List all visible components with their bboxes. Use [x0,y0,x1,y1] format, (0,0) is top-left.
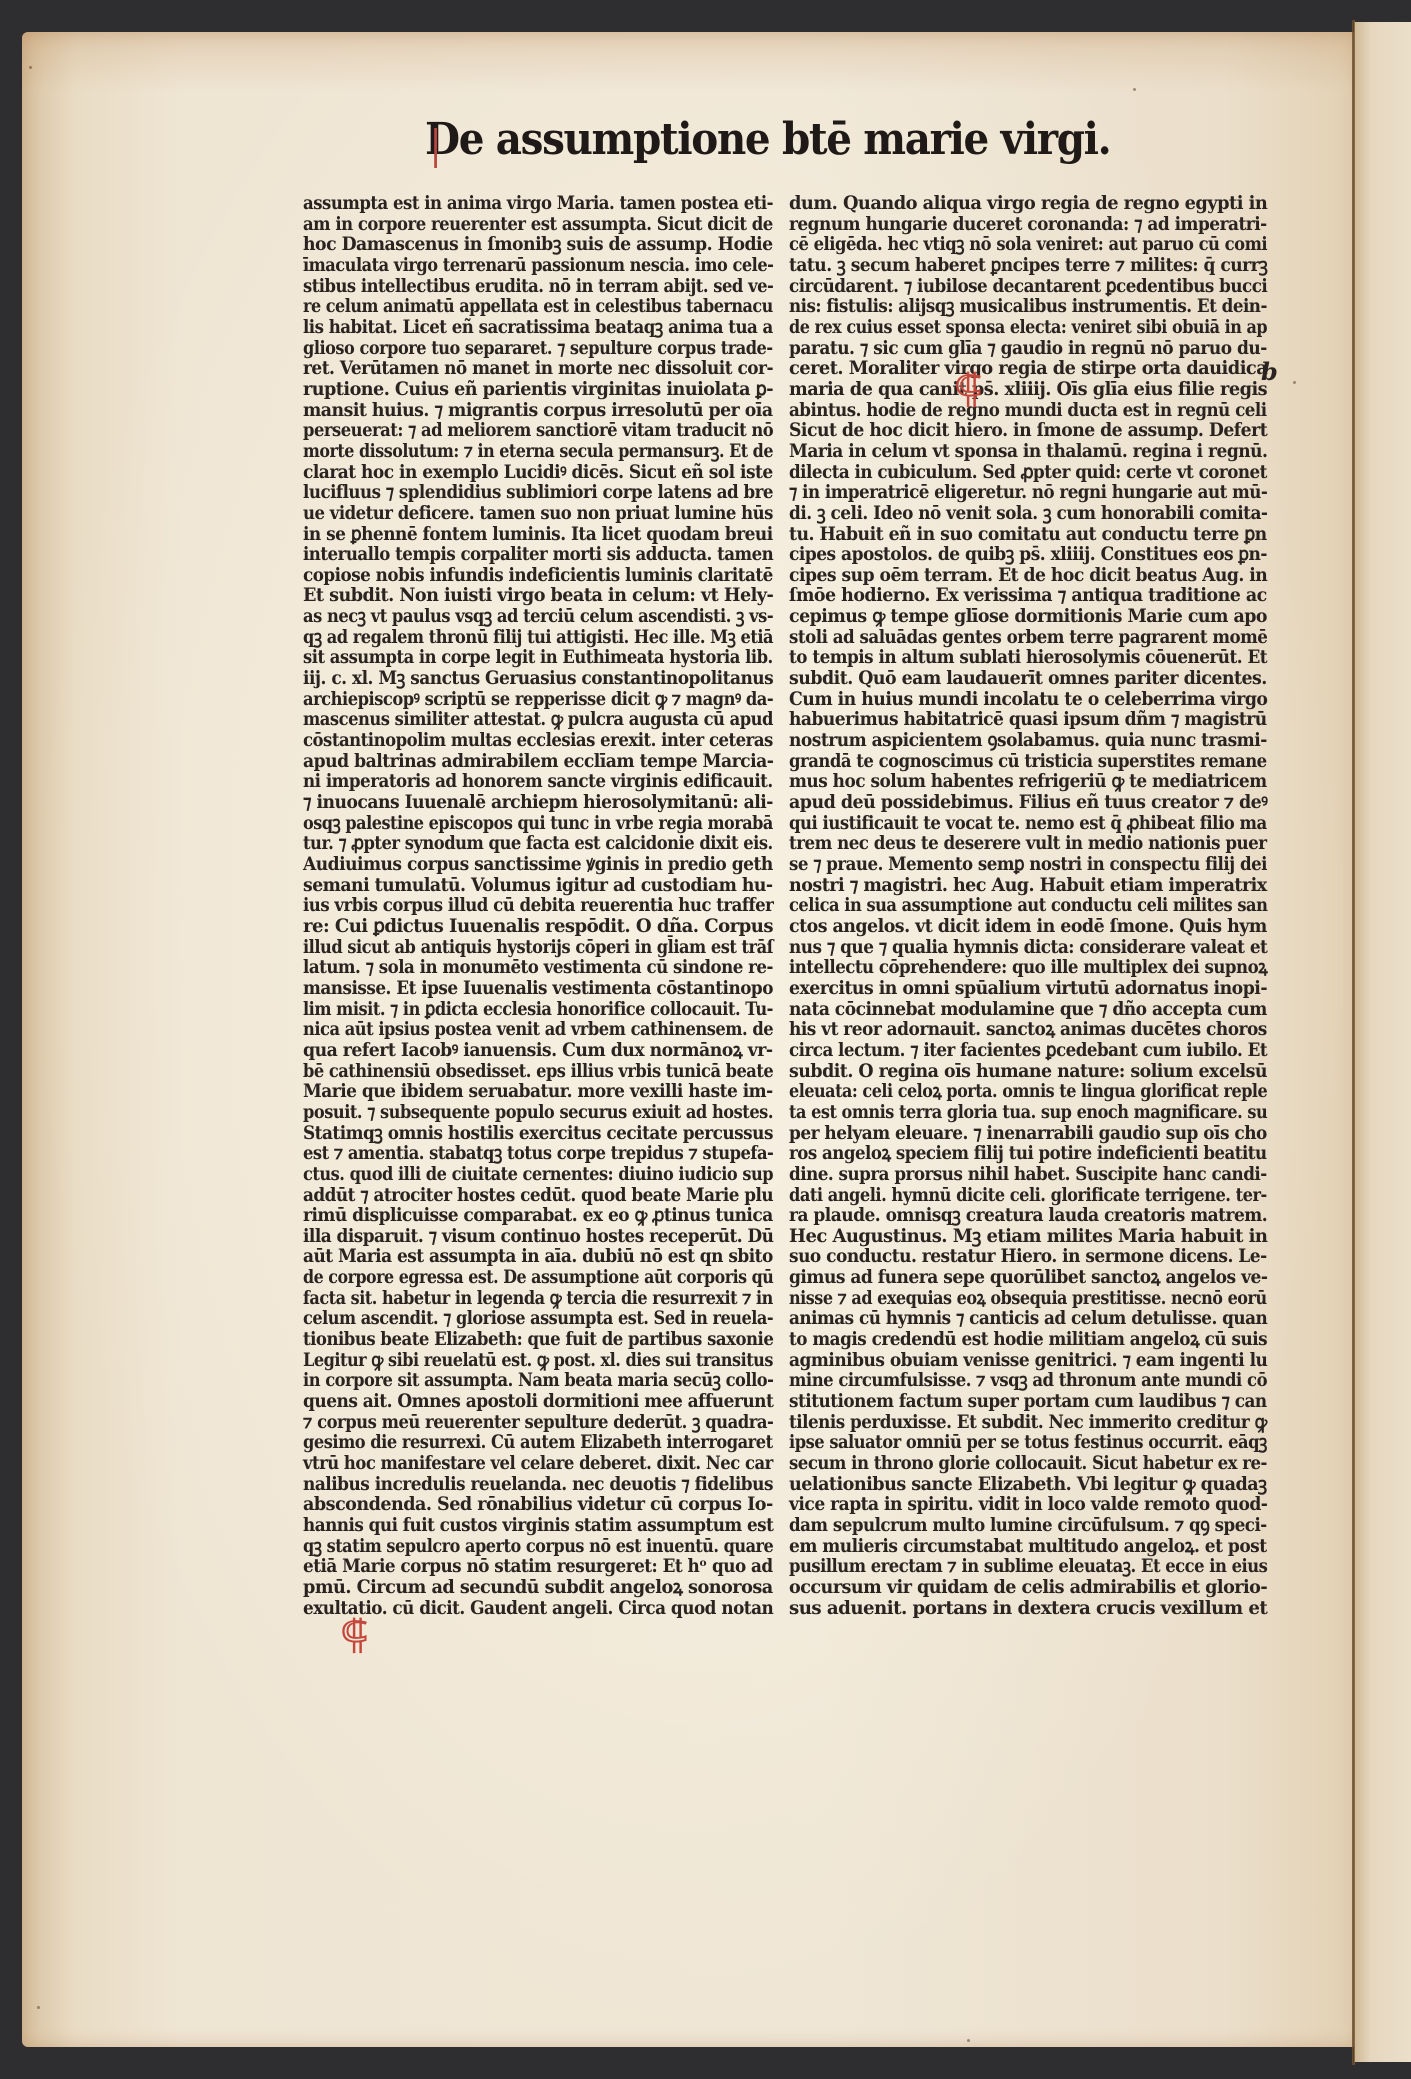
text-line: apud deū possidebimus. Filius eñ tuus cr… [789,793,1242,814]
text-line: mansit huius. ⁊ migrantis corpus irresol… [303,401,746,422]
text-line: ⁊ in imperatricē eligeretur. nō regni hu… [789,483,1223,504]
text-line: ⁊ corpus meū reuerenter sepulture dederū… [303,1413,722,1434]
text-line: habuerimus habitatricē quasi ipsum dñm ⁊… [789,710,1233,731]
text-line: clarat hoc in exemplo Lucidiꝰ dicēs. Sic… [303,463,738,484]
foxing-spot [1293,381,1296,384]
text-line: tur. ⁊ ꝓpter synodum que facta est calci… [303,834,721,855]
text-line: trem nec deus te deserere vult in medio … [789,834,1223,855]
text-line: occursum vir quidam de celis admirabilis… [789,1578,1246,1599]
text-line: grandā te cognoscimus cū tristicia super… [789,752,1217,773]
text-line: posuit. ⁊ subsequente populo securus exi… [303,1103,718,1124]
text-line: archiepiscopꝰ scriptū se repperisse dici… [303,690,720,711]
paragraph-mark-icon: ⸿ [954,369,982,409]
text-line: Sicut de hoc dicit hiero. in ſmone de as… [789,421,1237,442]
text-line: dam sepulcrum multo lumine circūfulsum. … [789,1516,1222,1537]
text-line: in se ꝑhennē fontem luminis. Ita licet q… [303,525,736,546]
text-line: re: Cui ꝑdictus Iuuenalis respōdit. O dñ… [303,917,765,938]
text-line: celica in sua assumptione aut conductu c… [789,896,1211,917]
text-line: maria de qua canit ps̄. xliiij. Oīs glīa… [789,380,1250,401]
foxing-spot [1133,88,1136,91]
foxing-spot [37,2006,40,2009]
text-line: am in corpore reuerenter est assumpta. S… [303,215,724,236]
text-line: cepimus ꝙ tempe glīose dormitionis Marie… [789,607,1241,628]
text-line: ret. Verūtamen nō manet in morte nec dis… [303,359,736,380]
text-line: celum ascendit. ⁊ gloriose assumpta est.… [303,1309,715,1330]
text-line: Marie que ibidem seruabatur. more vexill… [303,1082,737,1103]
text-line: to magis credendū est hodie militiam ang… [789,1330,1227,1351]
text-line: agminibus obuiam venisse genitrici. ⁊ ea… [789,1351,1231,1372]
text-line: Legitur ꝙ sibi reuelatū est. ꝙ post. xl.… [303,1351,714,1372]
text-line: apud baltrinas admirabilem ecclīam tempe… [303,752,742,773]
text-line: iij. c. xl. Mꝫ sanctus Geruasius constan… [303,669,737,690]
text-line: cē eligēda. hec vtiqꝫ nō sola veniret: a… [789,235,1214,256]
text-line: ta est omnis terra gloria tua. sup enoch… [789,1103,1208,1124]
text-line: īmaculata virgo terrenarū passionum nesc… [303,256,717,277]
text-line: glioso corpore tuo separaret. ⁊ sepultur… [303,339,716,360]
text-line: morte dissolutum: ⁊ in eterna secula per… [303,442,710,463]
text-line: hoc Damascenus in ſmonibꝫ suis de assump… [303,235,745,256]
text-line: pmū. Circum ad secundū subdit angeloꝝ so… [303,1578,755,1599]
text-line: eleuata: celi celoꝝ porta. omnis te ling… [789,1082,1205,1103]
paragraph-mark-icon: ⸿ [340,1615,368,1655]
text-line: assumpta est in anima virgo Maria. tamen… [303,194,725,215]
text-line: ctus. quod illi de ciuitate cernentes: d… [303,1165,717,1186]
text-line: mine circumfulsisse. ⁊ vsqꝫ ad thronum a… [789,1371,1217,1392]
text-line: mus hoc solum habentes refrigeriū ꝙ te m… [789,772,1229,793]
text-line: illa disparuit. ⁊ visum continuo hostes … [303,1227,734,1248]
text-line: dum. Quando aliqua virgo regia de regno … [789,194,1252,215]
text-line: tilenis perduxisse. Et subdit. Nec immer… [789,1413,1225,1434]
text-line: suo conductu. restatur Hiero. in sermone… [789,1247,1231,1268]
text-line: ſmōe hodierno. Ex verissima ⁊ antiqua tr… [789,586,1242,607]
text-line: qui iustificauit te vocat te. nemo est q… [789,814,1218,835]
rubrication-stroke [434,128,437,168]
next-page-edge [1354,22,1411,2062]
text-line: mascenus similiter attestat. ꝙ pulcra au… [303,710,721,731]
text-line: gimus ad funera sepe quorūlibet sanctoꝝ … [789,1268,1233,1289]
text-line: nisse ⁊ ad exequias eoꝝ obsequia prestit… [789,1289,1205,1310]
text-line: quens ait. Omnes apostoli dormitioni mee… [303,1392,737,1413]
text-line: nata cōcinnebat modulamine que ⁊ dño acc… [789,1000,1233,1021]
text-line: ni imperatoris ad honorem sancte virgini… [303,772,730,793]
text-line: Maria in celum vt sponsa in thalamū. reg… [789,442,1232,463]
text-line: ipse saluator omniū per se totus festinu… [789,1433,1212,1454]
text-line: sit assumpta in corpe legit in Euthimeat… [303,648,721,669]
text-line: ros angeloꝝ speciem filij tui potire ind… [789,1144,1221,1165]
text-line: abintus. hodie de regno mundi ducta est … [789,401,1223,422]
text-line: cipes sup oēm terram. Et de hoc dicit be… [789,566,1235,587]
text-line: copiose nobis infundis indeficientis lum… [303,566,732,587]
text-line: qꝫ statim sepulcro aperto corpus nō est … [303,1537,714,1558]
text-line: exercitus in omni spūalium virtutū adorn… [789,979,1239,1000]
text-line: de rex cuius esset sponsa electa: venire… [789,318,1205,339]
text-line: mansisse. Et ipse Iuuenalis vestimenta c… [303,979,734,1000]
text-line: nostri ⁊ magistri. hec Aug. Habuit etiam… [789,876,1244,897]
text-column-left: assumpta est in anima virgo Maria. tamen… [303,194,773,1619]
text-line: Et subdit. Non iuisti virgo beata in cel… [303,586,753,607]
text-line: illud sicut ab antiquis hystorijs cōperi… [303,938,717,959]
text-line: Audiuimus corpus sanctissime ꝟginis in p… [303,855,740,876]
text-line: ue videtur deficere. tamen suo non priua… [303,504,725,525]
text-line: vtrū hoc manifestare vel celare deberet.… [303,1454,722,1475]
text-line: cipes apostolos. de quibꝫ ps̄. xliiij. C… [789,545,1232,566]
text-line: nalibus incredulis reuelanda. nec deuoti… [303,1475,736,1496]
text-line: stitutionem factum super portam cum laud… [789,1392,1228,1413]
text-line: tatu. ꝫ secum haberet ꝑncipes terre ⁊ mi… [789,256,1233,277]
text-line: paratu. ⁊ sic cum glīa ⁊ gaudio in regnū… [789,339,1231,360]
text-line: addūt ⁊ atrociter hostes cedūt. quod bea… [303,1186,733,1207]
text-line: nus ⁊ que ⁊ qualia hymnis dicta: conside… [789,938,1228,959]
text-line: to tempis in altum sublati hierosolymis … [789,648,1226,669]
text-line: lucifluus ⁊ splendidius sublimiori corpe… [303,483,729,504]
text-line: hannis qui fuit custos virginis statim a… [303,1516,732,1537]
text-line: stibus intellectibus erudita. nō in terr… [303,277,721,298]
text-line: osqꝫ palestine episcopos qui tunc in vrb… [303,814,714,835]
text-line: nis: fistulis: alijsqꝫ musicalibus instr… [789,297,1223,318]
text-line: gesimo die resurrexi. Cū autem Elizabeth… [303,1433,718,1454]
text-line: regnum hungarie duceret coronanda: ⁊ ad … [789,215,1229,236]
text-line: di. ꝫ celi. Ideo nō venit sola. ꝫ cum ho… [789,504,1228,525]
text-line: est ⁊ amentia. stabatqꝫ totus corpe trep… [303,1144,720,1165]
foxing-spot [29,66,32,69]
text-line: vice rapta in spiritu. vidit in loco val… [789,1495,1234,1516]
text-line: subdit. O regina oīs humane nature: soli… [789,1062,1241,1083]
running-head: De assumptione btē marie virgi. [425,114,1069,165]
text-line: ceret. Moraliter virgo regia de stirpe o… [789,359,1252,380]
text-line: em mulieris circumstabat multitudo angel… [789,1537,1232,1558]
text-line: bē cathinensiū obsedisset. eps illius vr… [303,1062,717,1083]
text-line: ctos angelos. vt dicit idem in eodē ſmon… [789,917,1241,938]
text-line: latum. ⁊ sola in monumēto vestimenta cū … [303,958,729,979]
text-line: subdit. Quō eam laudauerīt omnes pariter… [789,669,1241,690]
text-line: Hec Augustinus. Mꝫ etiam milites Maria h… [789,1227,1256,1248]
text-line: ius vrbis corpus illud cū debita reueren… [303,896,726,917]
text-line: sus aduenit. portans in dextera crucis v… [789,1599,1262,1620]
text-column-right: dum. Quando aliqua virgo regia de regno … [789,194,1267,1619]
text-line: nica aūt ipsius postea venit ad vrbem ca… [303,1020,719,1041]
text-line: semani tumulatū. Volumus igitur ad custo… [303,876,744,897]
text-line: circa lectum. ⁊ iter facientes ꝑcedebant… [789,1041,1223,1062]
text-line: lis habitat. Licet eñ sacratissima beata… [303,318,727,339]
text-line: intellectu cōprehendere: quo ille multip… [789,958,1220,979]
foxing-spot [967,2039,970,2042]
text-line: dilecta in cubiculum. Sed ꝓpter quid: ce… [789,463,1223,484]
text-line: ra plaude. omnisqꝫ creatura lauda creato… [789,1206,1231,1227]
text-line: Cum in huius mundi incolatu te o celeber… [789,690,1239,711]
text-line: lim misit. ⁊ in ꝑdicta ecclesia honorifi… [303,1000,717,1021]
text-line: ⁊ inuocans Iuuenalē archiepm hierosolymi… [303,793,742,814]
signature-mark: b [1261,357,1278,386]
text-line: tionibus beate Elizabeth: que fuit de pa… [303,1330,725,1351]
text-line: de corpore egressa est. De assumptione a… [303,1268,708,1289]
text-line: stoli ad saluādas gentes orbem terre pag… [789,628,1223,649]
text-line: his vt reor adornauit. sanctoꝝ animas du… [789,1020,1230,1041]
text-line: ruptione. Cuius eñ parientis virginitas … [303,380,753,401]
text-line: dati angeli. hymnū dicite celi. glorific… [789,1186,1211,1207]
text-line: animas cū hymnis ⁊ canticis ad celum det… [789,1309,1226,1330]
text-line: secum in throno glorie collocauit. Sicut… [789,1454,1218,1475]
text-line: aūt Maria est assumpta in aīa. dubiū nō … [303,1247,736,1268]
text-line: per helyam eleuare. ⁊ inenarrabili gaudi… [789,1124,1229,1145]
text-line: rimū displicuisse comparabat. ex eo ꝙ ꝓt… [303,1206,738,1227]
running-head-text: De assumptione btē marie virgi. [425,114,1110,165]
text-line: in corpore sit assumpta. Nam beata maria… [303,1371,719,1392]
text-line: qꝫ ad regalem thronū filij tui attigisti… [303,628,717,649]
gutter-fold [1352,20,1355,2065]
text-line: se ⁊ praue. Memento semꝑ nostri in consp… [789,855,1221,876]
text-line: etiā Marie corpus nō statim resurgeret: … [303,1557,733,1578]
text-line: Statimqꝫ omnis hostilis exercitus cecita… [303,1124,734,1145]
text-line: perseuerat: ⁊ ad meliorem sanctiorē vita… [303,421,721,442]
text-line: uelationibus sancte Elizabeth. Vbi legit… [789,1475,1246,1496]
text-line: qua refert Iacobꝰ ianuensis. Cum dux nor… [303,1041,745,1062]
text-line: interuallo tempis corpaliter morti sis a… [303,545,727,566]
text-line: abscondenda. Sed rōnabilius videtur cū c… [303,1495,752,1516]
text-line: dine. supra prorsus nihil habet. Suscipi… [789,1165,1224,1186]
text-line: tu. Habuit eñ in suo comitatu aut conduc… [789,525,1238,546]
text-line: facta sit. habetur in legenda ꝙ tercia d… [303,1289,714,1310]
text-line: circūdarent. ⁊ iubilose decantarent ꝑced… [789,277,1224,298]
text-line: nostrum aspicientem ꝯsolabamus. quia nun… [789,731,1233,752]
text-line: as necꝫ vt paulus vsqꝫ ad terciū celum a… [303,607,720,628]
text-line: re celum animatū appellata est in celest… [303,297,712,318]
text-line: cōstantinopolim multas ecclesias erexit.… [303,731,725,752]
text-line: pusillum erectam ⁊ in sublime eleuataꝫ. … [789,1557,1214,1578]
